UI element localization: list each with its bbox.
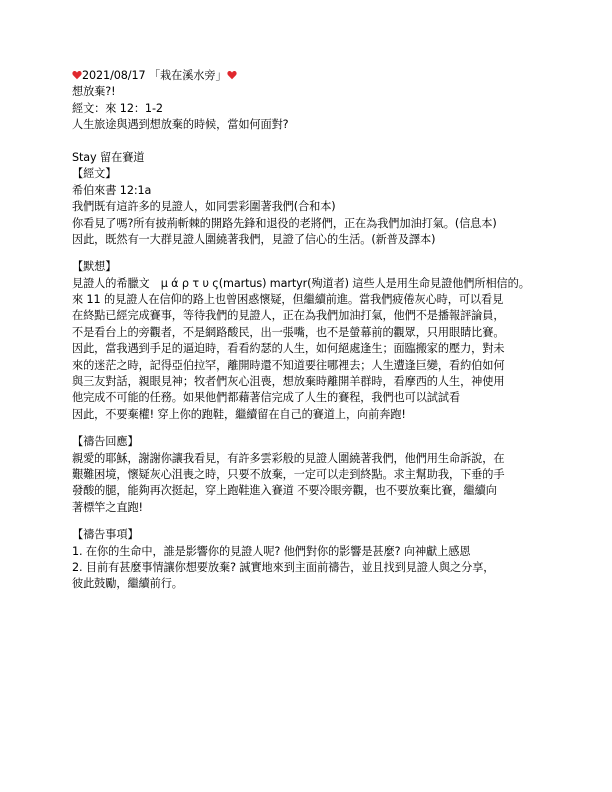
prayer-response-line: 發酸的腿，能夠再次挺起，穿上跑鞋進入賽道 不要冷眼旁觀，也不要放棄比賽，繼續向: [72, 483, 542, 499]
prayer-response-line: 著標竿之直跑!: [72, 500, 542, 516]
scripture-line: 因此，既然有一大群見證人圍繞著我們，見證了信心的生活。(新普及譯本): [72, 232, 542, 248]
scripture-book: 希伯來書 12:1a: [72, 183, 542, 199]
meditation-line: 與三友對話，親眼見神；牧者們灰心沮喪，想放棄時離開羊群時，看摩西的人生，神使用: [72, 374, 542, 390]
meditation-line: 來的迷茫之時，記得亞伯拉罕，離開時還不知道要往哪裡去；人生遭逢巨變，看約伯如何: [72, 358, 542, 374]
meditation-line: 來 11 的見證人在信仰的路上也曾困惑懷疑，但繼續前進。當我們疲倦灰心時，可以看…: [72, 292, 542, 308]
devotional-title: 「栽在溪水旁」: [145, 69, 226, 82]
subtitle: 想放棄?!: [72, 84, 542, 100]
guiding-question: 人生旅途與遇到想放棄的時候，當如何面對?: [72, 117, 542, 133]
meditation-line: 他完成不可能的任務。如果他們都藉著信完成了人生的賽程，我們也可以試試看: [72, 390, 542, 406]
meditation-line: 見證人的希臘文 μ ά ρ τ υ ς(martus) martyr(殉道者) …: [72, 276, 542, 292]
prayer-response-line: 親愛的耶穌，謝謝你讓我看見，有許多雲彩般的見證人圍繞著我們，他們用生命訴說，在: [72, 451, 542, 467]
prayer-items-heading: 【禱告事項】: [72, 527, 542, 543]
prayer-item: 1. 在你的生命中，誰是影響你的見證人呢? 他們對你的影響是甚麼? 向神獻上感恩: [72, 544, 542, 560]
meditation-line: 不是看台上的旁觀者，不是網路酸民，出一張嘴，也不是螢幕前的觀眾，只用眼睛比賽。: [72, 325, 542, 341]
prayer-item-continuation: 彼此鼓勵，繼續前行。: [72, 576, 542, 592]
scripture-reference: 經文：來 12：1-2: [72, 101, 542, 117]
heart-icon: [227, 70, 237, 80]
prayer-item: 2. 目前有甚麼事情讓你想要放棄? 誠實地來到主面前禱告，並且找到見證人與之分享…: [72, 560, 542, 576]
scripture-line: 我們既有這許多的見證人，如同雲彩圍著我們(合和本): [72, 199, 542, 215]
meditation-line: 因此，當我遇到手足的逼迫時，看看約瑟的人生，如何絕處逢生；面臨搬家的壓力，對未: [72, 341, 542, 357]
scripture-line: 你看見了嗎?所有披荊斬棘的開路先鋒和退役的老將們，正在為我們加油打氣。(信息本): [72, 216, 542, 232]
meditation-line: 在終點已經完成賽事，等待我們的見證人，正在為我們加油打氣，他們不是播報評論員，: [72, 308, 542, 324]
title-line: 2021/08/17 「栽在溪水旁」: [72, 68, 542, 84]
prayer-response-heading: 【禱告回應】: [72, 434, 542, 450]
devotional-document: 2021/08/17 「栽在溪水旁」 想放棄?! 經文：來 12：1-2 人生旅…: [72, 68, 542, 593]
heart-icon: [72, 70, 82, 80]
topic-heading: Stay 留在賽道: [72, 150, 542, 166]
meditation-heading: 【默想】: [72, 259, 542, 275]
scripture-heading: 【經文】: [72, 166, 542, 182]
prayer-response-line: 艱難困境，懷疑灰心沮喪之時，只要不放棄，一定可以走到終點。求主幫助我，下垂的手: [72, 467, 542, 483]
devotional-date: 2021/08/17: [82, 69, 145, 82]
meditation-line: 因此，不要棄權! 穿上你的跑鞋，繼續留在自己的賽道上，向前奔跑!: [72, 407, 542, 423]
